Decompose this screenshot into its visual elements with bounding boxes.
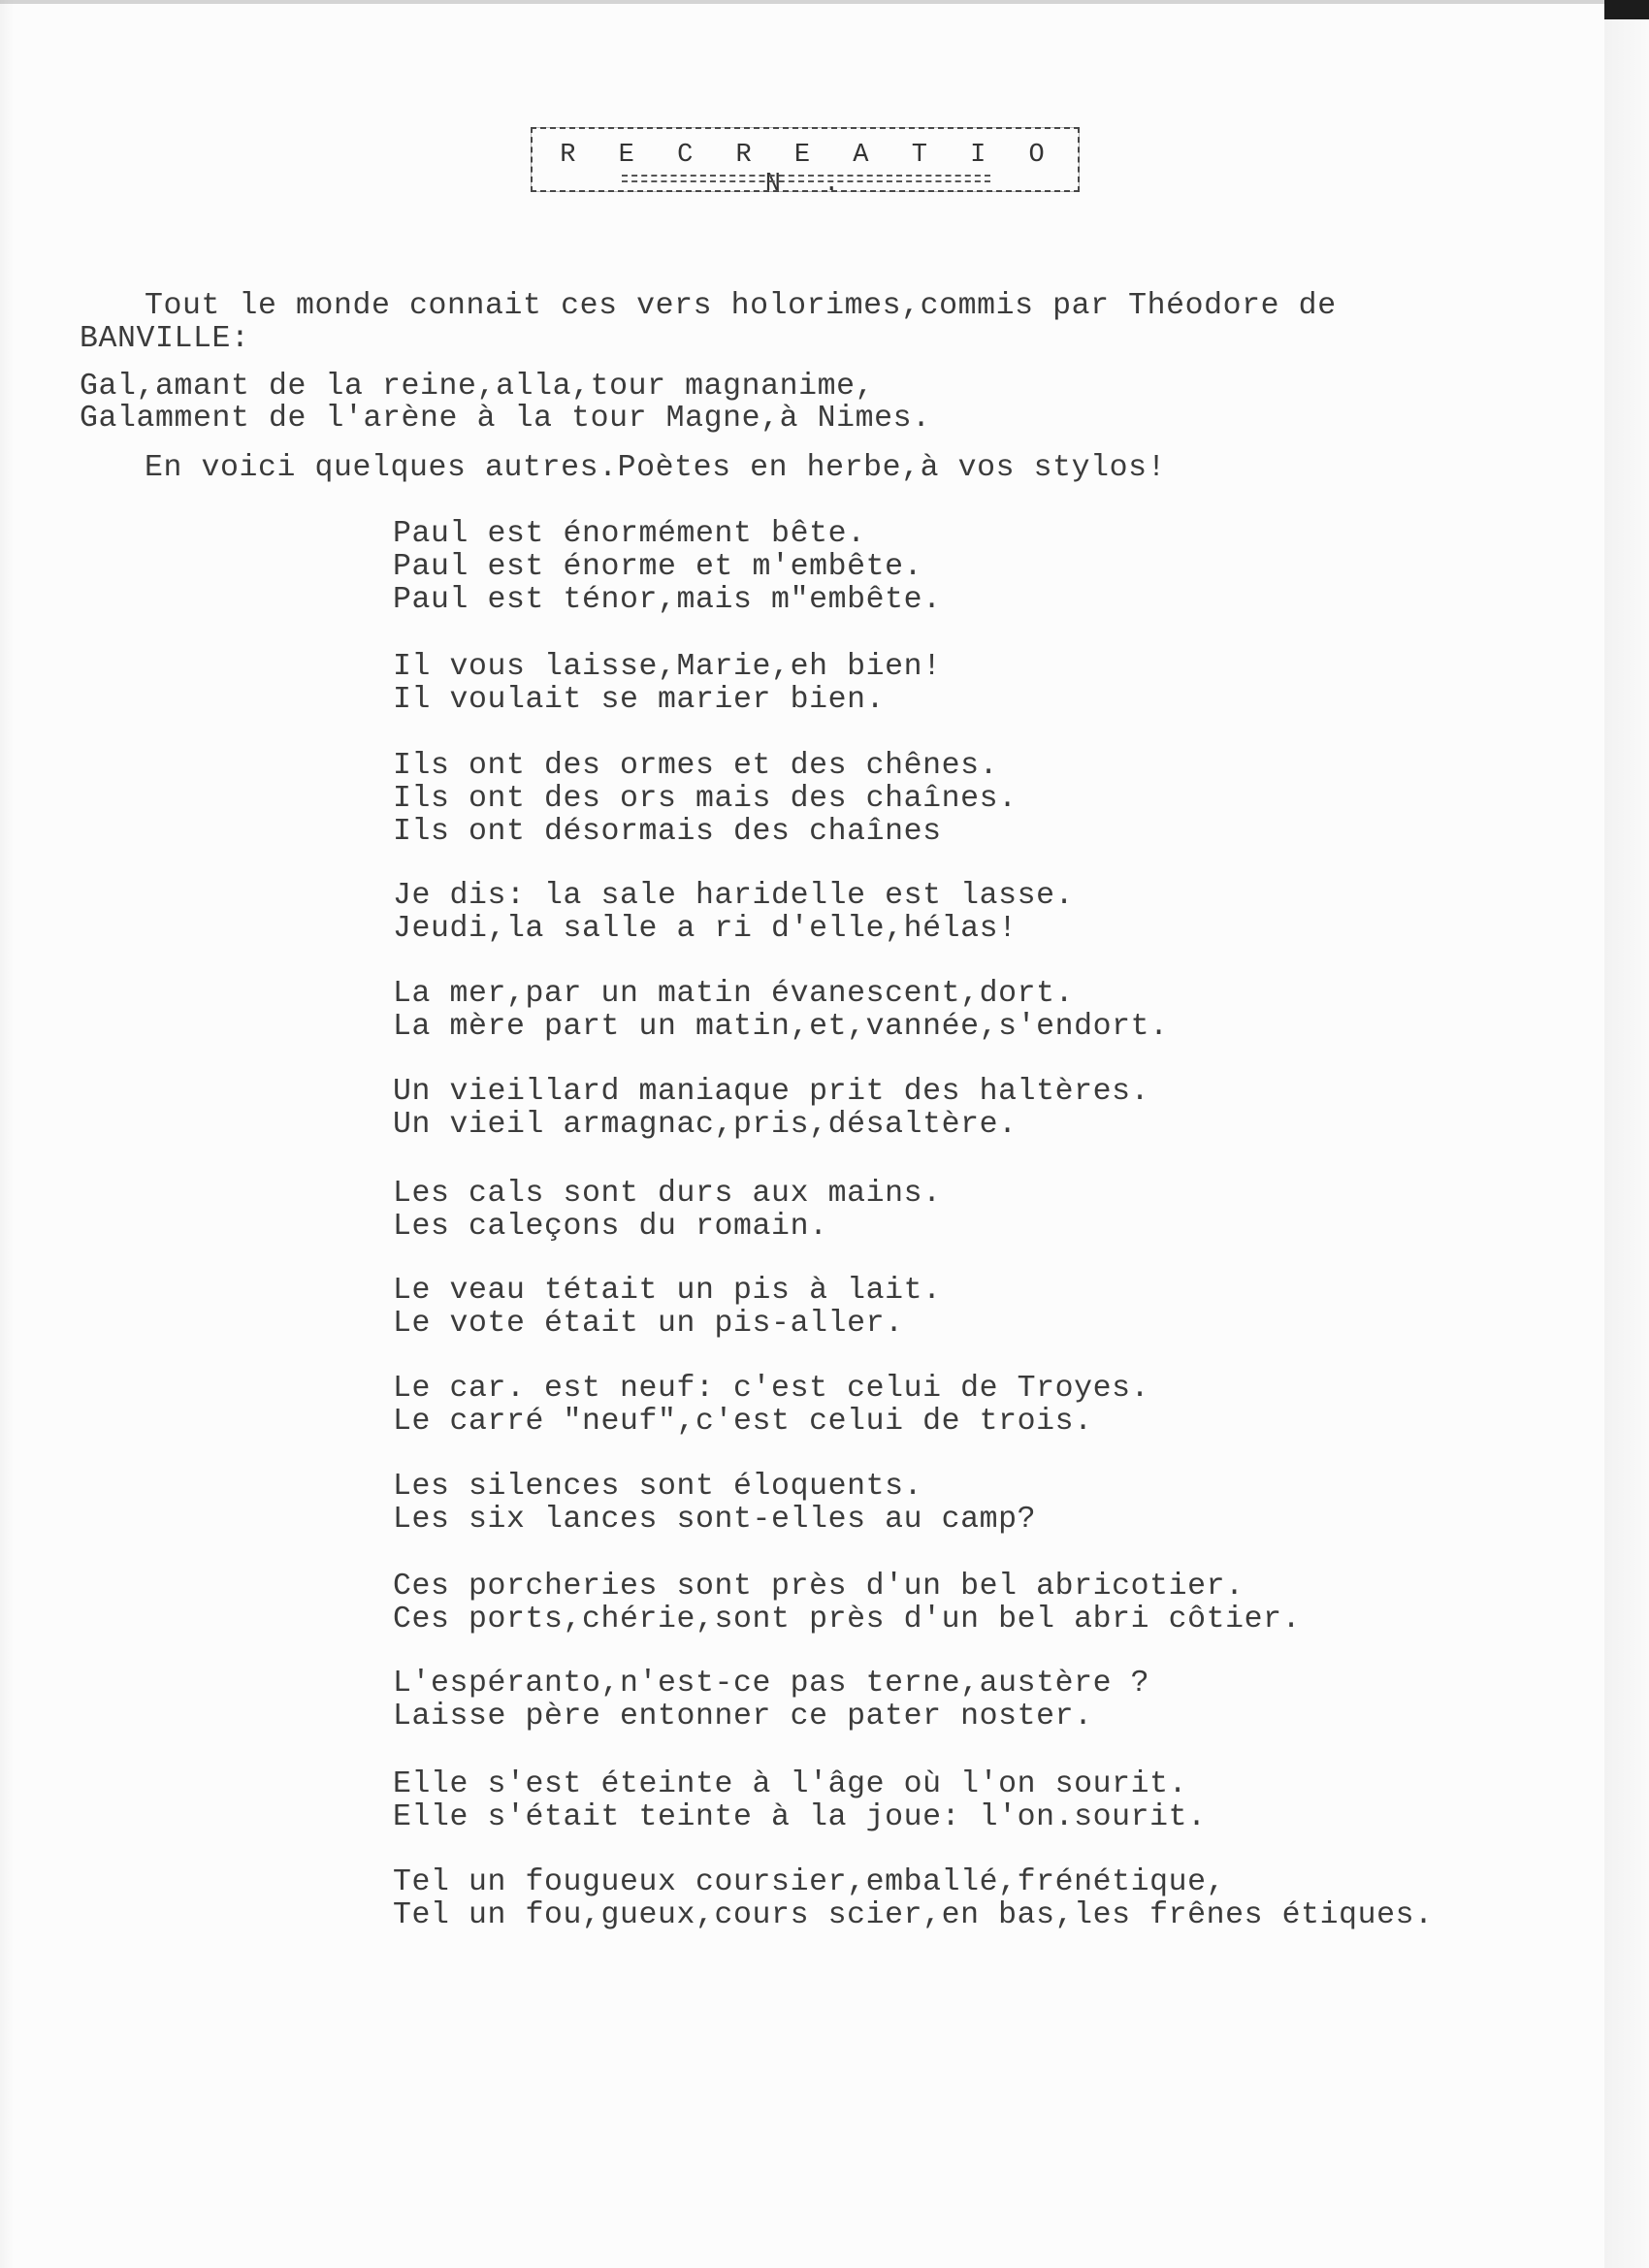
verse-line: Paul est énorme et m'embête. [393, 551, 922, 584]
title-underline [622, 175, 990, 177]
verse-line: Les six lances sont-elles au camp? [393, 1504, 1036, 1537]
verse-line: Le car. est neuf: c'est celui de Troyes. [393, 1373, 1149, 1406]
intro-call-to-action: En voici quelques autres.Poètes en herbe… [145, 452, 1166, 485]
verse-line: Ils ont des ors mais des chaînes. [393, 783, 1018, 816]
verse-line: Il voulait se marier bien. [393, 684, 885, 717]
verse-line: Les caleçons du romain. [393, 1211, 828, 1244]
verse-line: Il vous laisse,Marie,eh bien! [393, 651, 942, 684]
scan-right-margin [1604, 19, 1649, 2268]
verse-line: Paul est ténor,mais m"embête. [393, 584, 942, 617]
verse-line: Les cals sont durs aux mains. [393, 1178, 942, 1211]
verse-line: Ils ont désormais des chaînes [393, 816, 942, 849]
verse-line: L'espéranto,n'est-ce pas terne,austère ? [393, 1668, 1149, 1701]
verse-line: Les silences sont éloquents. [393, 1471, 922, 1504]
verse-line: La mer,par un matin évanescent,dort. [393, 978, 1074, 1011]
verse-line: Un vieillard maniaque prit des haltères. [393, 1076, 1149, 1109]
verse-line: Ces porcheries sont près d'un bel abrico… [393, 1571, 1245, 1604]
verse-line: Un vieil armagnac,pris,désaltère. [393, 1109, 1018, 1142]
scan-corner-shadow [1604, 0, 1649, 19]
verse-line: Elle s'était teinte à la joue: l'on.sour… [393, 1801, 1207, 1834]
verse-line: Laisse père entonner ce pater noster. [393, 1701, 1093, 1733]
intro-line-1: Tout le monde connait ces vers holorimes… [145, 290, 1337, 323]
scanned-page: R E C R E A T I O N . Tout le monde conn… [0, 0, 1649, 2268]
page-title: R E C R E A T I O N . [533, 141, 1078, 199]
verse-line: Ils ont des ormes et des chênes. [393, 750, 998, 783]
verse-line: Ces ports,chérie,sont près d'un bel abri… [393, 1604, 1301, 1636]
banville-verse-1: Gal,amant de la reine,alla,tour magnanim… [80, 371, 874, 404]
title-underline [622, 180, 990, 182]
verse-line: La mère part un matin,et,vannée,s'endort… [393, 1011, 1169, 1044]
verse-line: Le vote était un pis-aller. [393, 1308, 904, 1341]
title-box: R E C R E A T I O N . [531, 127, 1080, 192]
verse-line: Le carré "neuf",c'est celui de trois. [393, 1406, 1093, 1439]
verse-line: Tel un fougueux coursier,emballé,frénéti… [393, 1866, 1225, 1899]
intro-line-2: BANVILLE: [80, 323, 250, 356]
verse-line: Je dis: la sale haridelle est lasse. [393, 880, 1074, 913]
banville-verse-2: Galamment de l'arène à la tour Magne,à N… [80, 403, 931, 436]
verse-line: Jeudi,la salle a ri d'elle,hélas! [393, 913, 1018, 946]
verse-line: Paul est énormément bête. [393, 518, 866, 551]
verse-line: Le veau tétait un pis à lait. [393, 1275, 942, 1308]
verse-line: Tel un fou,gueux,cours scier,en bas,les … [393, 1899, 1434, 1932]
verse-line: Elle s'est éteinte à l'âge où l'on souri… [393, 1768, 1187, 1801]
scan-top-edge [0, 0, 1604, 4]
